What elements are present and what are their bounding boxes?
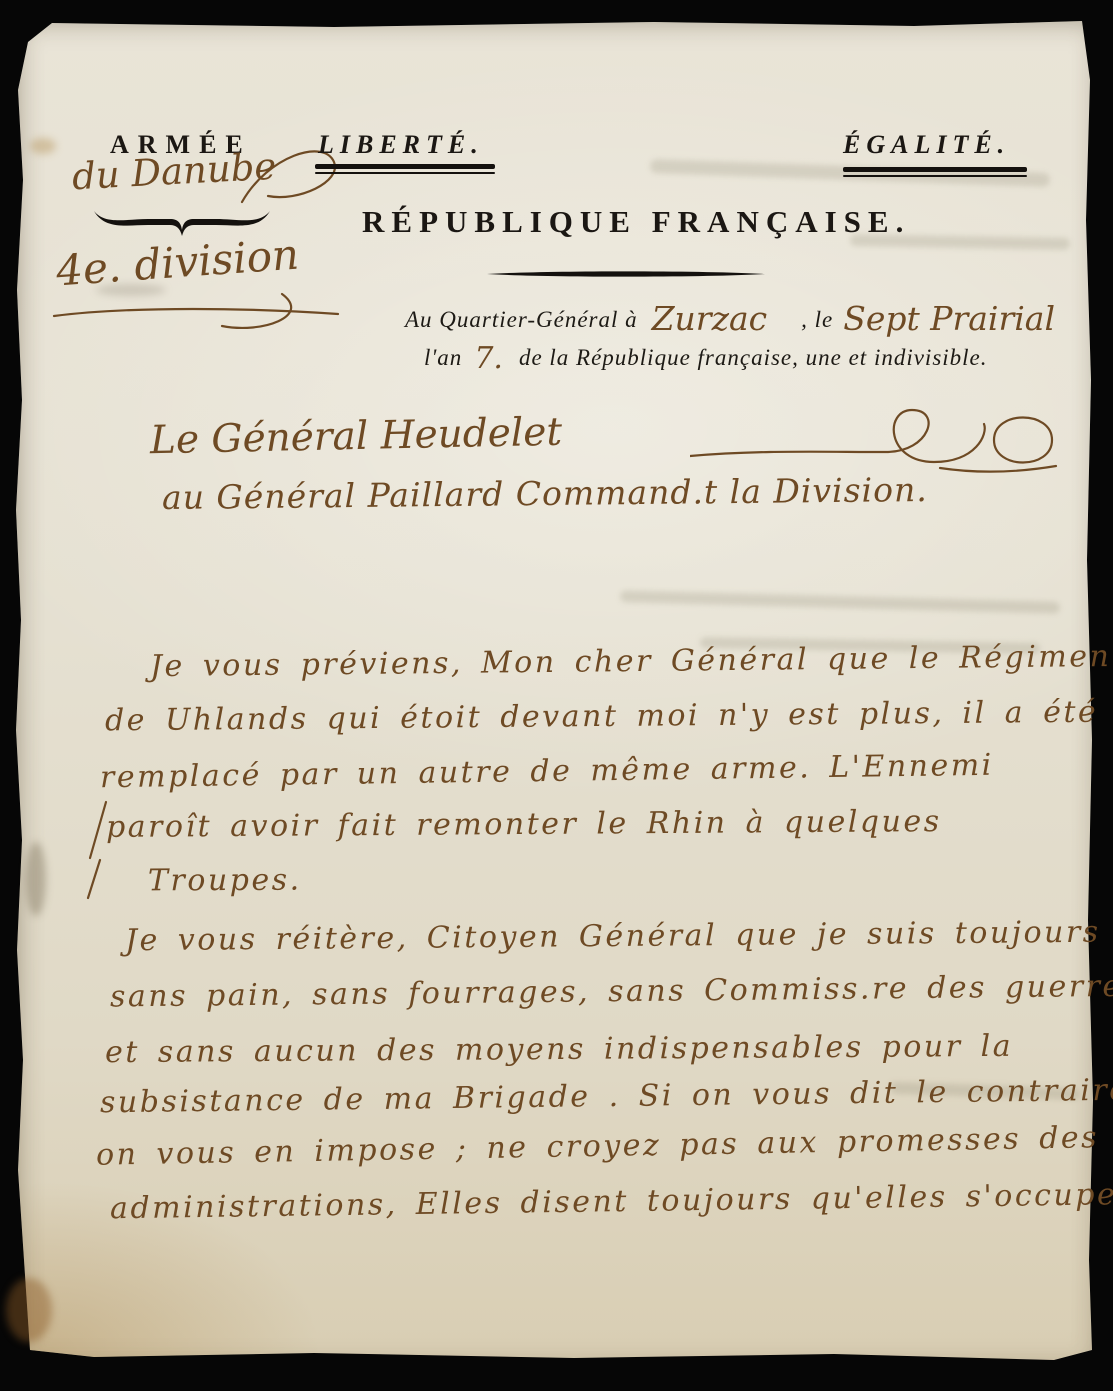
paper-stain (6, 1278, 52, 1342)
dateline-printed-suffix: de la République française, une et indiv… (519, 345, 988, 370)
paper-stain (30, 138, 56, 154)
salutation-from: Le Général Heudelet (150, 410, 563, 464)
dateline-line1: Au Quartier-Général àZurzac, leSept Prai… (405, 296, 1055, 335)
dateline-place-handwriting: Zurzac (652, 299, 768, 338)
dateline-printed-prefix: Au Quartier-Général à (405, 307, 638, 332)
salutation-to: au Général Paillard Command.t la Divisio… (162, 470, 928, 517)
dateline-printed-lan: l'an (424, 345, 462, 370)
dateline-year-handwriting: 7. (474, 341, 503, 376)
body-line: paroît avoir fait remonter le Rhin à que… (106, 804, 942, 845)
republic-heading: RÉPUBLIQUE FRANÇAISE. (362, 204, 910, 240)
liberty-double-rule (315, 164, 495, 176)
equality-double-rule (843, 167, 1027, 179)
dateline-date-handwriting: Sept Prairial (843, 299, 1055, 338)
dateline-line2: l'an7.de la République française, une et… (424, 338, 988, 373)
scanned-letter: ARMÉE du Danube 4e. division LIBERTÉ. ÉG… (0, 0, 1113, 1391)
paper-stain (26, 842, 46, 916)
dateline-printed-le: , le (801, 307, 833, 332)
liberty-heading: LIBERTÉ. (318, 130, 484, 160)
division-underline-flourish (52, 292, 342, 332)
body-line: et sans aucun des moyens indispensables … (105, 1029, 1013, 1070)
body-line: Troupes. (148, 863, 302, 899)
equality-heading: ÉGALITÉ. (843, 130, 1010, 160)
tapered-rule (487, 269, 765, 279)
